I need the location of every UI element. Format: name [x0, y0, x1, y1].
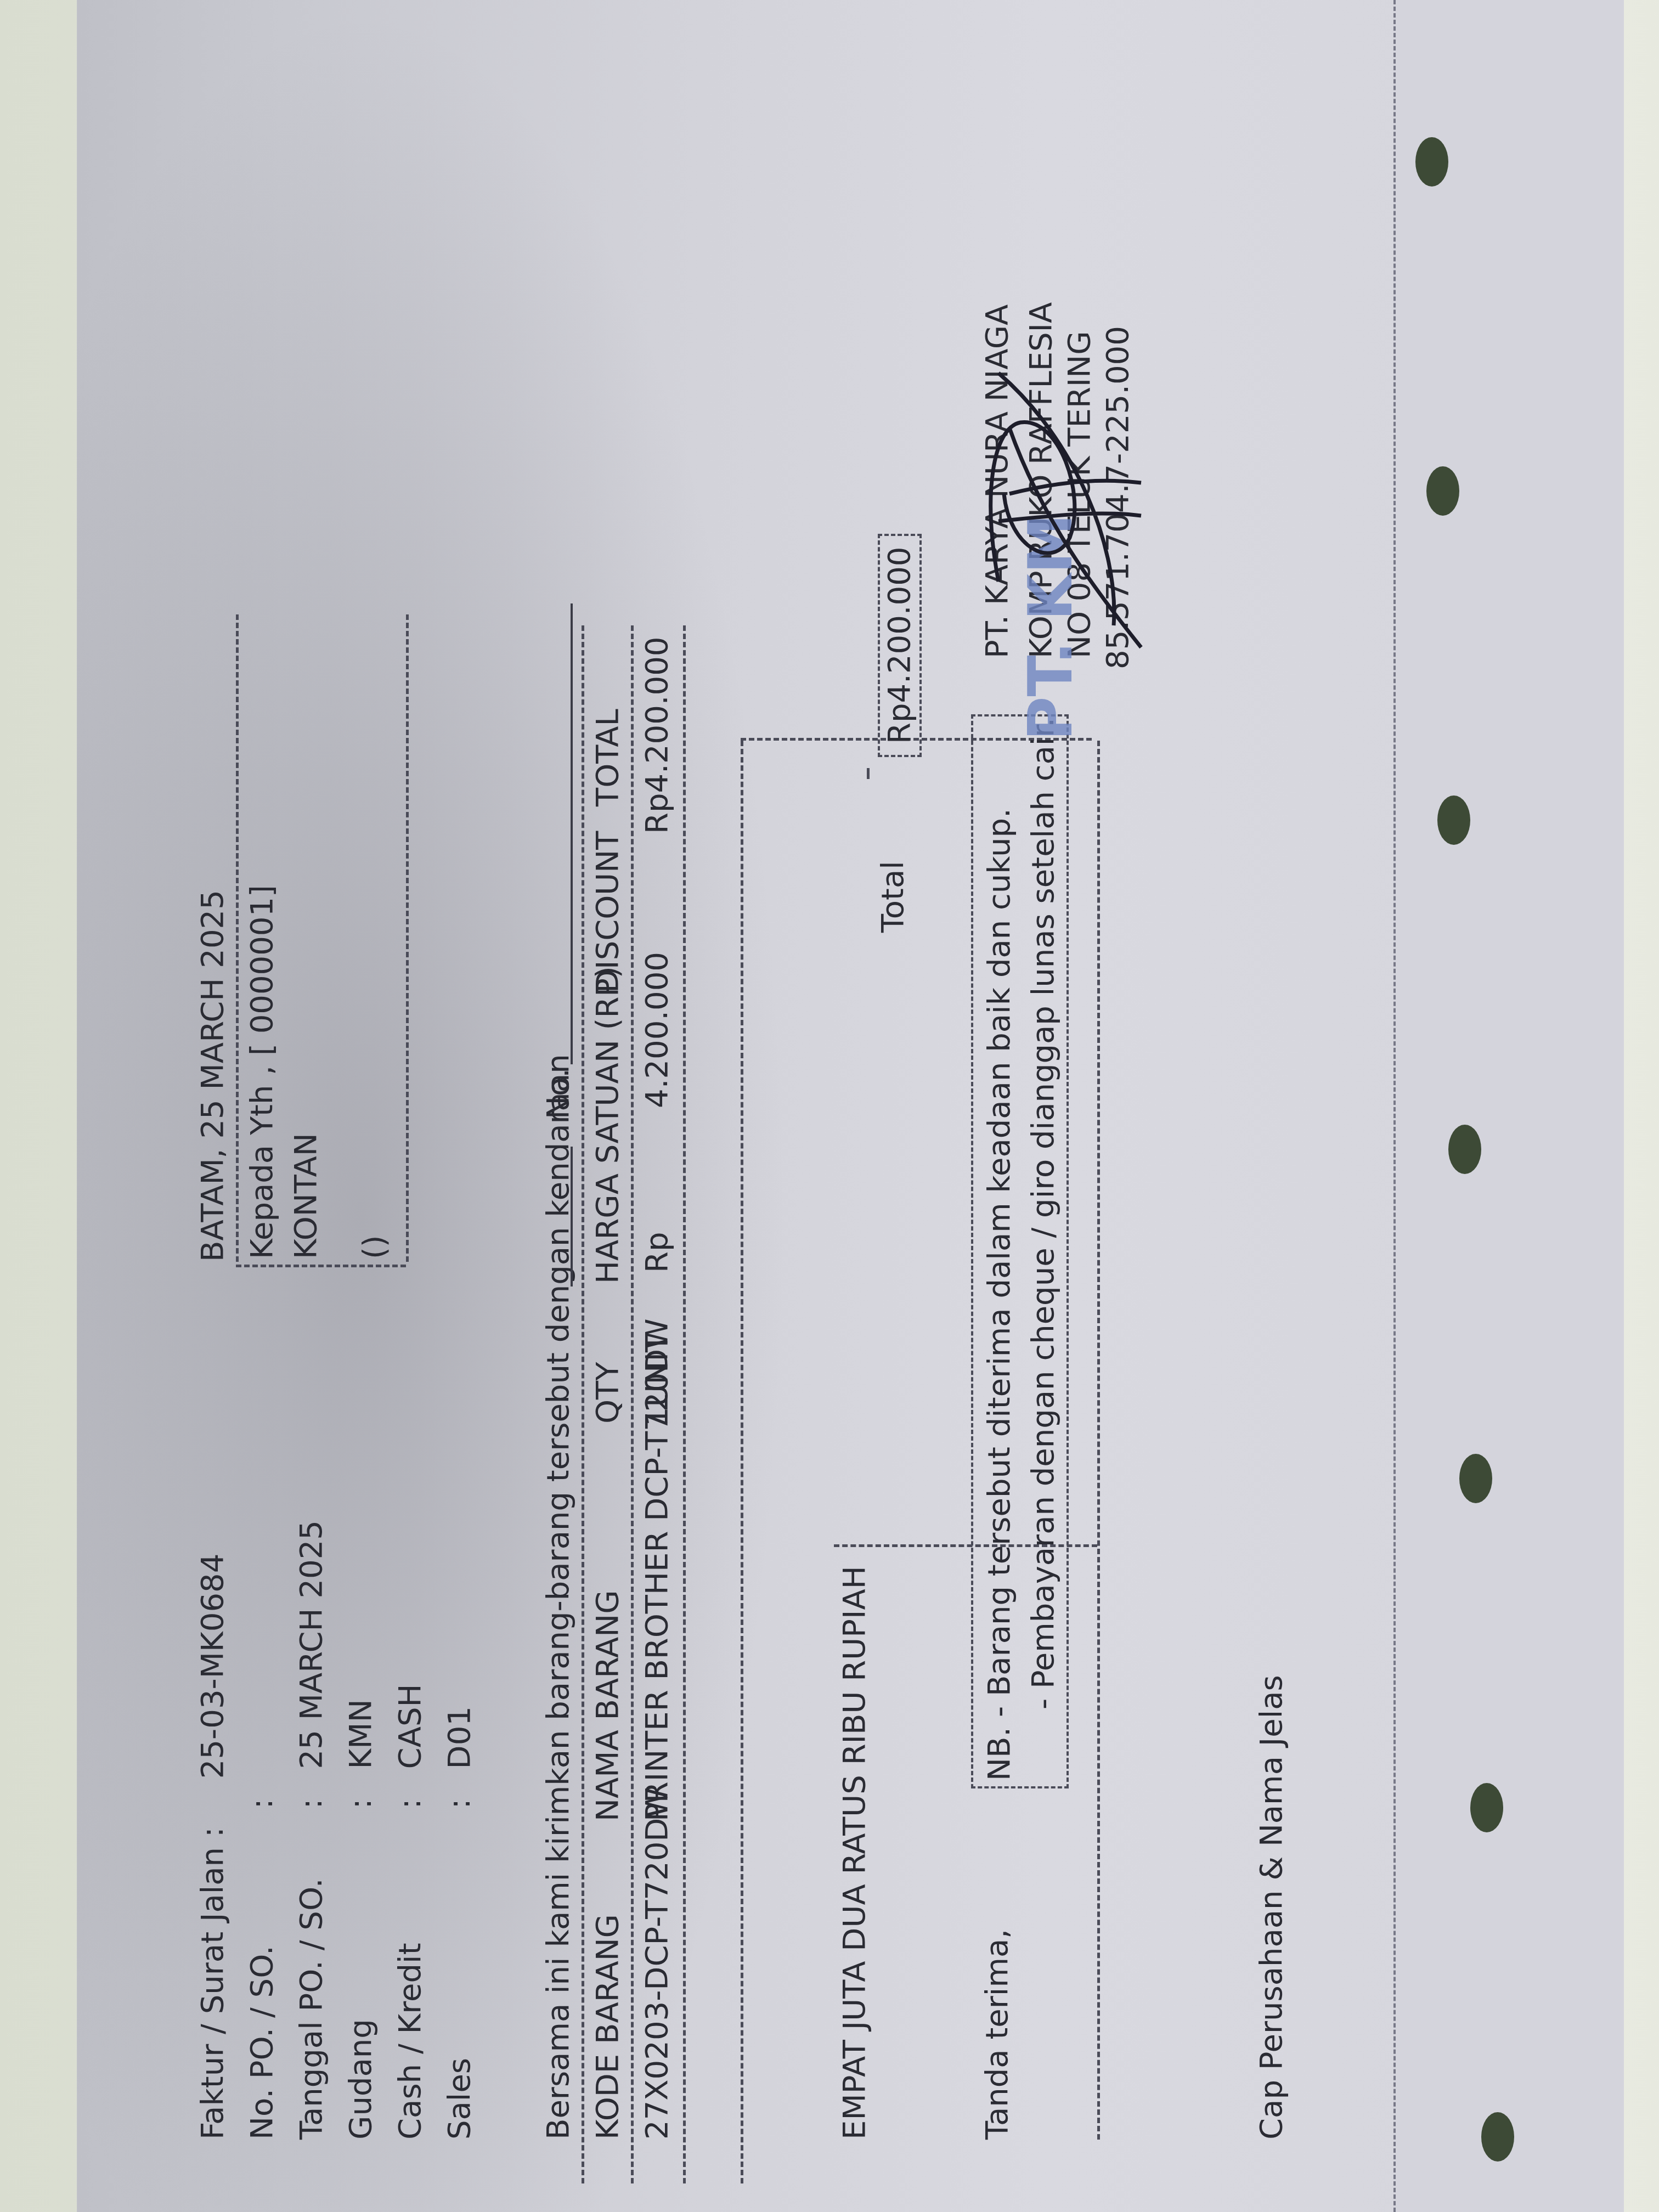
invoice-number: 25-03-MK0684 — [195, 1554, 230, 1779]
sprocket-hole — [1470, 1783, 1503, 1832]
table-bottom-border — [683, 625, 686, 2183]
table-top-border — [582, 625, 584, 2183]
notes-line: - Pembayaran dengan cheque / giro diangg… — [1028, 718, 1059, 1709]
divider — [236, 1265, 406, 1267]
receipt-label: Tanda terima, — [982, 1929, 1013, 2140]
sprocket-hole — [1481, 2112, 1514, 2162]
divider — [406, 614, 409, 1262]
recipient-line: Kepada Yth , [ 0000001] — [247, 885, 278, 1259]
field-row: Cash / Kredit : CASH — [395, 1684, 426, 2140]
field-row: No. PO. / SO. : — [247, 1779, 278, 2140]
recipient-name: KONTAN — [291, 1133, 321, 1259]
place-date: BATAM, 25 MARCH 2025 — [198, 890, 228, 1262]
item-qty: 1UNIT — [642, 1334, 673, 1426]
vehicle-no-label: No. — [543, 1068, 574, 1119]
field-row: Tanggal PO. / SO. : 25 MARCH 2025 — [296, 1520, 327, 2140]
item-code: 27X0203-DCP-T720DW — [642, 1787, 673, 2140]
notes-box: NB. - Barang tersebut diterima dalam kea… — [971, 714, 1069, 1788]
field-row: Sales : D01 — [444, 1706, 475, 2140]
item-total: Rp4.200.000 — [642, 637, 673, 834]
amount-in-words: EMPAT JUTA DUA RATUS RIBU RUPIAH — [839, 1566, 870, 2140]
total-value: Rp4.200.000 — [878, 534, 922, 757]
notes-line: NB. - Barang tersebut diterima dalam kea… — [984, 808, 1015, 1781]
invoice-document: Faktur / Surat Jalan : 25-03-MK0684 No. … — [165, 110, 1454, 2140]
table-header-border — [631, 625, 634, 2183]
divider — [236, 614, 239, 1262]
item-currency: Rp — [642, 1232, 673, 1273]
vehicle-line — [571, 1147, 573, 1286]
total-label: Total — [878, 861, 909, 933]
sprocket-hole — [1459, 1454, 1492, 1503]
intro-text: Bersama ini kami kirimkan barang-barang … — [543, 1054, 574, 2140]
vehicle-no-line — [571, 603, 573, 1064]
total-box — [867, 768, 870, 779]
invoice-title-label: Faktur / Surat Jalan : — [198, 1788, 228, 2140]
signature — [977, 274, 1152, 658]
recipient-extra: () — [359, 1235, 390, 1259]
item-unit-price: 4.200.000 — [642, 952, 673, 1108]
words-box-bottom — [1097, 741, 1100, 2140]
company-stamp-label: Cap Perusahaan & Nama Jelas — [1256, 1675, 1287, 2140]
field-row: Gudang : KMN — [346, 1699, 376, 2140]
words-box-top — [741, 741, 743, 2183]
invoice-header: Faktur / Surat Jalan : 25-03-MK0684 — [198, 1554, 228, 2140]
